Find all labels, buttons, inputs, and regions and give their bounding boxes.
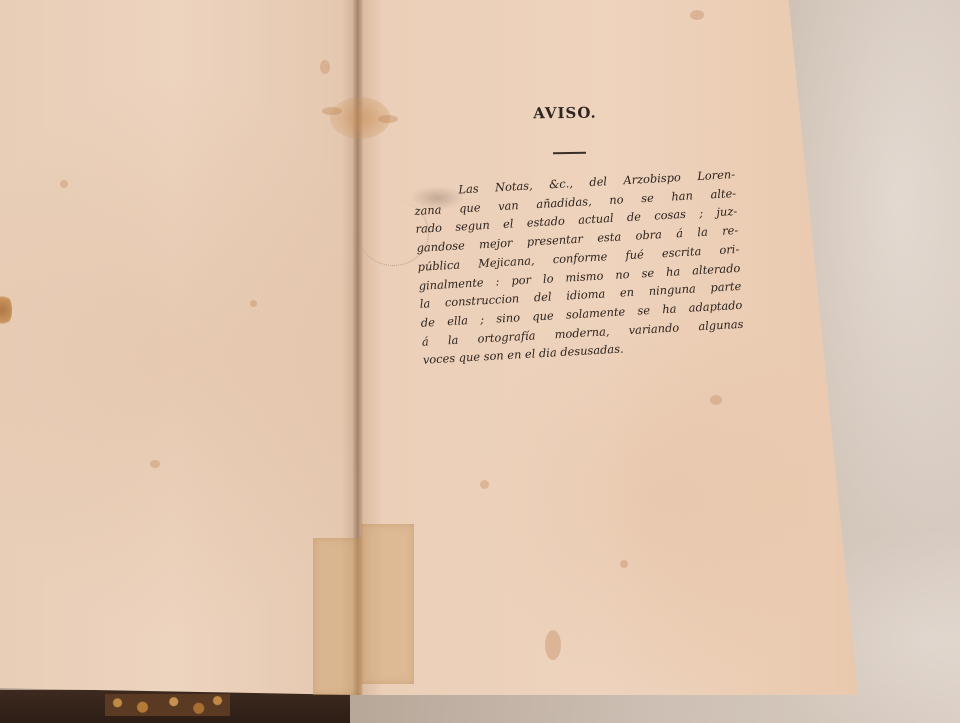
foxing-spot xyxy=(320,60,330,74)
tape-repair-left xyxy=(313,538,361,695)
marbled-cover-edge xyxy=(105,694,230,716)
photo-scene: AVISO. Las Notas, &c., del Arzobispo Lor… xyxy=(0,0,960,723)
water-stain-left-arm xyxy=(322,107,342,115)
left-page xyxy=(0,0,360,695)
notice-body: Las Notas, &c., del Arzobispo Loren- zan… xyxy=(413,165,745,370)
foxing-spot xyxy=(150,460,160,468)
notice-heading: AVISO. xyxy=(523,104,607,123)
foxing-spot xyxy=(480,480,489,489)
tape-repair-right xyxy=(361,524,414,684)
foxing-spot xyxy=(250,300,257,307)
water-stain-right-arm xyxy=(378,115,398,123)
foxing-spot xyxy=(620,560,628,568)
foxing-spot xyxy=(690,10,704,20)
foxing-spot xyxy=(710,395,722,405)
foxing-spot xyxy=(545,630,561,660)
foxing-spot xyxy=(60,180,68,188)
